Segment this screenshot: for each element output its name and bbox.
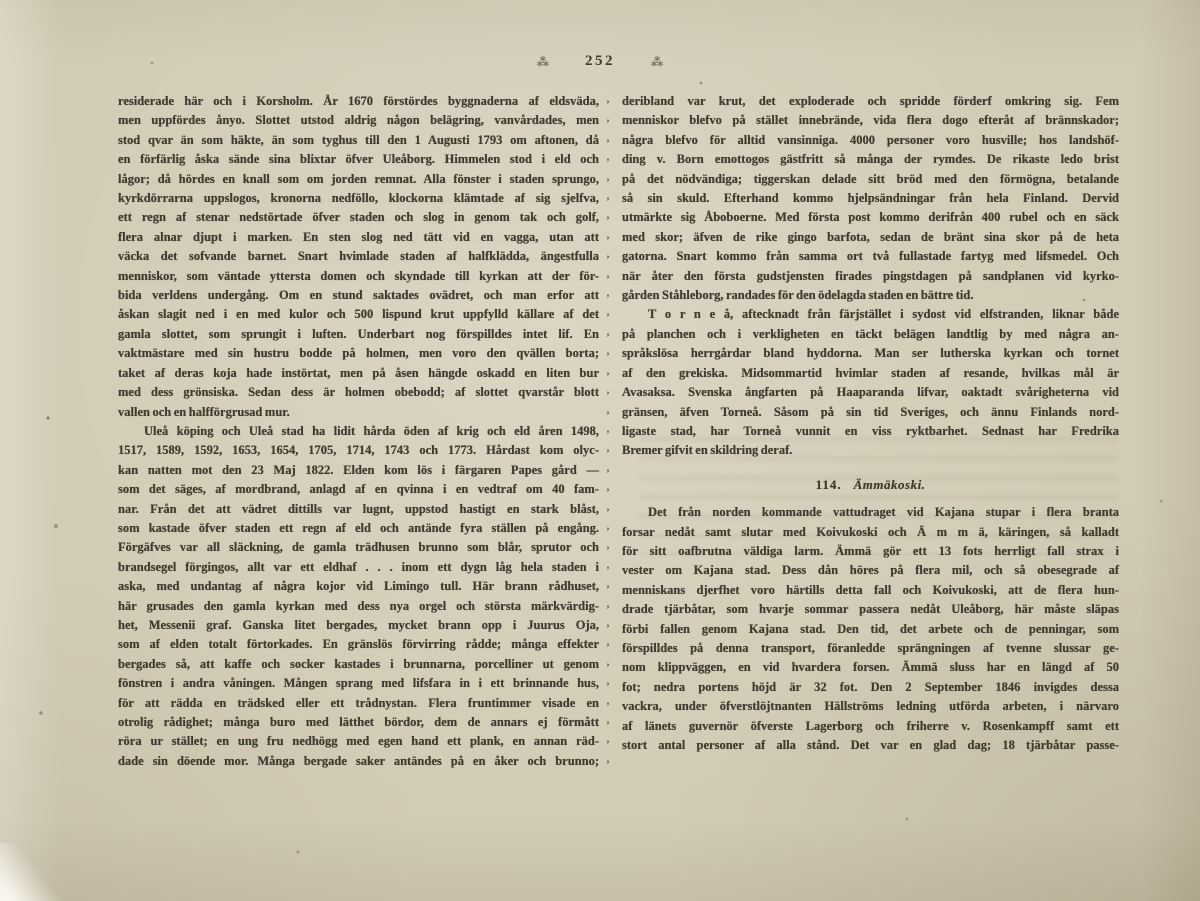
section-heading: 114.Ämmäkoski.: [622, 475, 1119, 494]
column-left: residerade här och i Korsholm. År 1670 f…: [118, 92, 599, 771]
text-line: menniskor, som väntade yttersta domen oc…: [118, 267, 599, 286]
text-line: här grusades den gamla kyrkan med dess n…: [118, 597, 599, 616]
text-line: åskan slagit ned i en med kulor och 500 …: [118, 305, 599, 324]
text-line: vaktmästare med sin hustru bodde på holm…: [118, 344, 599, 363]
text-line: ding v. Born emottogos gästfritt så mång…: [622, 150, 1119, 169]
text-line: gamla slottet, som sprungit i luften. Un…: [118, 325, 599, 344]
text-line: utmärkte sig Åboboerne. Med första post …: [622, 208, 1119, 227]
text-line: gården Ståhleborg, randades för den ödel…: [622, 286, 1119, 305]
text-line: som det säges, af mordbrand, anlagd af e…: [118, 480, 599, 499]
text-line: vackra, under öfverstlöjtnanten Hällströ…: [622, 697, 1119, 716]
text-line: för att rädda en trädsked eller ett tråd…: [118, 694, 599, 713]
text-line: af den grekiska. Midsommartid hvimlar st…: [622, 364, 1119, 383]
page-number: 252: [585, 53, 615, 70]
text-line: röra ur stället; en ung fru nedhögg med …: [118, 732, 599, 751]
text-line: som af elden totalt förtorkades. En grän…: [118, 635, 599, 654]
text-line: T o r n e å, aftecknadt från färjstället…: [622, 305, 1119, 324]
text-line: förspilldes på denna transport, föranled…: [622, 639, 1119, 658]
text-line: ligaste stad, har Torneå vunnit en viss …: [622, 422, 1119, 441]
header-ornament-left-icon: ⁂: [537, 55, 549, 70]
text-line: fot; nedra portens höjd är 32 fot. Den 2…: [622, 678, 1119, 697]
text-line: förbi fallen genom Kajana stad. Den tid,…: [622, 620, 1119, 639]
text-line: Uleå köping och Uleå stad ha lidit hårda…: [118, 422, 599, 441]
text-line: språkslösa herrgårdar bland hyddorna. Ma…: [622, 344, 1119, 363]
text-line: på det nödvändiga; tiggerskan delade sit…: [622, 170, 1119, 189]
column-divider-icon: ,,,,,,,,,,,,,,,,,,,,,,,,,,,,,,,,,,,: [601, 90, 615, 769]
text-line: Bremer gifvit en skildring deraf.: [622, 441, 1119, 460]
text-line: för sitt oafbrutna väldiga larm. Ämmä gö…: [622, 542, 1119, 561]
text-line: Förgäfves var all släckning, de gamla tr…: [118, 538, 599, 557]
paper-specks: [0, 0, 2, 2]
text-line: drade tjärbåtar, som hvarje sommar passe…: [622, 600, 1119, 619]
section-title: Ämmäkoski.: [854, 477, 926, 492]
text-line: gränsen, äfven Torneå. Såsom på sin tid …: [622, 403, 1119, 422]
text-line: vallen och en halfförgrusad mur.: [118, 403, 599, 422]
text-line: aska, med undantag af några kojor vid Li…: [118, 577, 599, 596]
text-line: menniskans djerfhet voro härtills detta …: [622, 581, 1119, 600]
text-line: men uppfördes ånyo. Slottet utstod aldri…: [118, 111, 599, 130]
text-line: stort antal personer af alla stånd. Det …: [622, 736, 1119, 755]
book-page: ⁂ 252 ⁂ residerade här och i Korsholm. Å…: [0, 0, 1200, 901]
text-line: med skor; äfven de rike gingo barfota, s…: [622, 228, 1119, 247]
text-line: af länets guvernör öfverste Lagerborg oc…: [622, 717, 1119, 736]
text-line: en förfärlig åska sände sina blixtar öfv…: [118, 150, 599, 169]
text-line: kan natten mot den 23 Maj 1822. Elden ko…: [118, 461, 599, 480]
text-line: med dess grönsiska. Sedan dess är holmen…: [118, 383, 599, 402]
text-line: bergades så, att kaffe och socker kastad…: [118, 655, 599, 674]
text-line: ett regn af stenar nedstörtade öfver sta…: [118, 208, 599, 227]
text-line: kyrkdörrarna uppslogos, kronorna nedföll…: [118, 189, 599, 208]
text-line: flera alnar djupt i marken. En sten slog…: [118, 228, 599, 247]
text-line: residerade här och i Korsholm. År 1670 f…: [118, 92, 599, 111]
text-line: vester om Kajana stad. Dess dån höres på…: [622, 561, 1119, 580]
text-line: deribland var krut, det exploderade och …: [622, 92, 1119, 111]
text-line: Det från norden kommande vattudraget vid…: [622, 503, 1119, 522]
text-line: het, Messenii graf. Ganska litet bergade…: [118, 616, 599, 635]
text-line: Avasaksa. Svenska ångfarten på Haaparand…: [622, 383, 1119, 402]
text-line: stod qvar än som häkte, än som tyghus ti…: [118, 131, 599, 150]
text-line: forsar nedåt samt slutar med Koivukoski …: [622, 523, 1119, 542]
section-number: 114.: [816, 477, 842, 492]
text-line: fönstren i andra våningen. Mången sprang…: [118, 674, 599, 693]
text-line: nom klippväggen, en vid hvardera forsen.…: [622, 658, 1119, 677]
text-line: nar. Från det att vädret dittills var lu…: [118, 500, 599, 519]
text-line: några blefvo för alltid vansinniga. 4000…: [622, 131, 1119, 150]
text-line: taket af deras koja hade instörtat, men …: [118, 364, 599, 383]
text-line: 1517, 1589, 1592, 1653, 1654, 1705, 1714…: [118, 441, 599, 460]
text-line: väcka det sofvande barnet. Snart hvimlad…: [118, 247, 599, 266]
header-ornament-right-icon: ⁂: [651, 55, 663, 70]
text-line: brandsegel förgingos, allt var ett eldha…: [118, 558, 599, 577]
text-line: när åter den första gudstjensten firades…: [622, 267, 1119, 286]
text-line: bida verldens undergång. Om en stund sak…: [118, 286, 599, 305]
column-right: deribland var krut, det exploderade och …: [622, 92, 1119, 755]
page-corner-artifact: [0, 843, 70, 901]
text-line: gatorna. Snart kommo från samma ort två …: [622, 247, 1119, 266]
text-line: dade sin döende mor. Många bergade saker…: [118, 752, 599, 771]
text-line: menniskor blefvo på stället innebrände, …: [622, 111, 1119, 130]
text-line: på planchen och i verkligheten en täckt …: [622, 325, 1119, 344]
page-header: ⁂ 252 ⁂: [0, 53, 1200, 70]
text-line: lågor; då hördes en knall som om jorden …: [118, 170, 599, 189]
text-line: som kastade öfver staden ett regn af eld…: [118, 519, 599, 538]
text-line: så sin skuld. Efterhand kommo hjelpsändn…: [622, 189, 1119, 208]
text-line: otrolig rådighet; många buro med lätthet…: [118, 713, 599, 732]
